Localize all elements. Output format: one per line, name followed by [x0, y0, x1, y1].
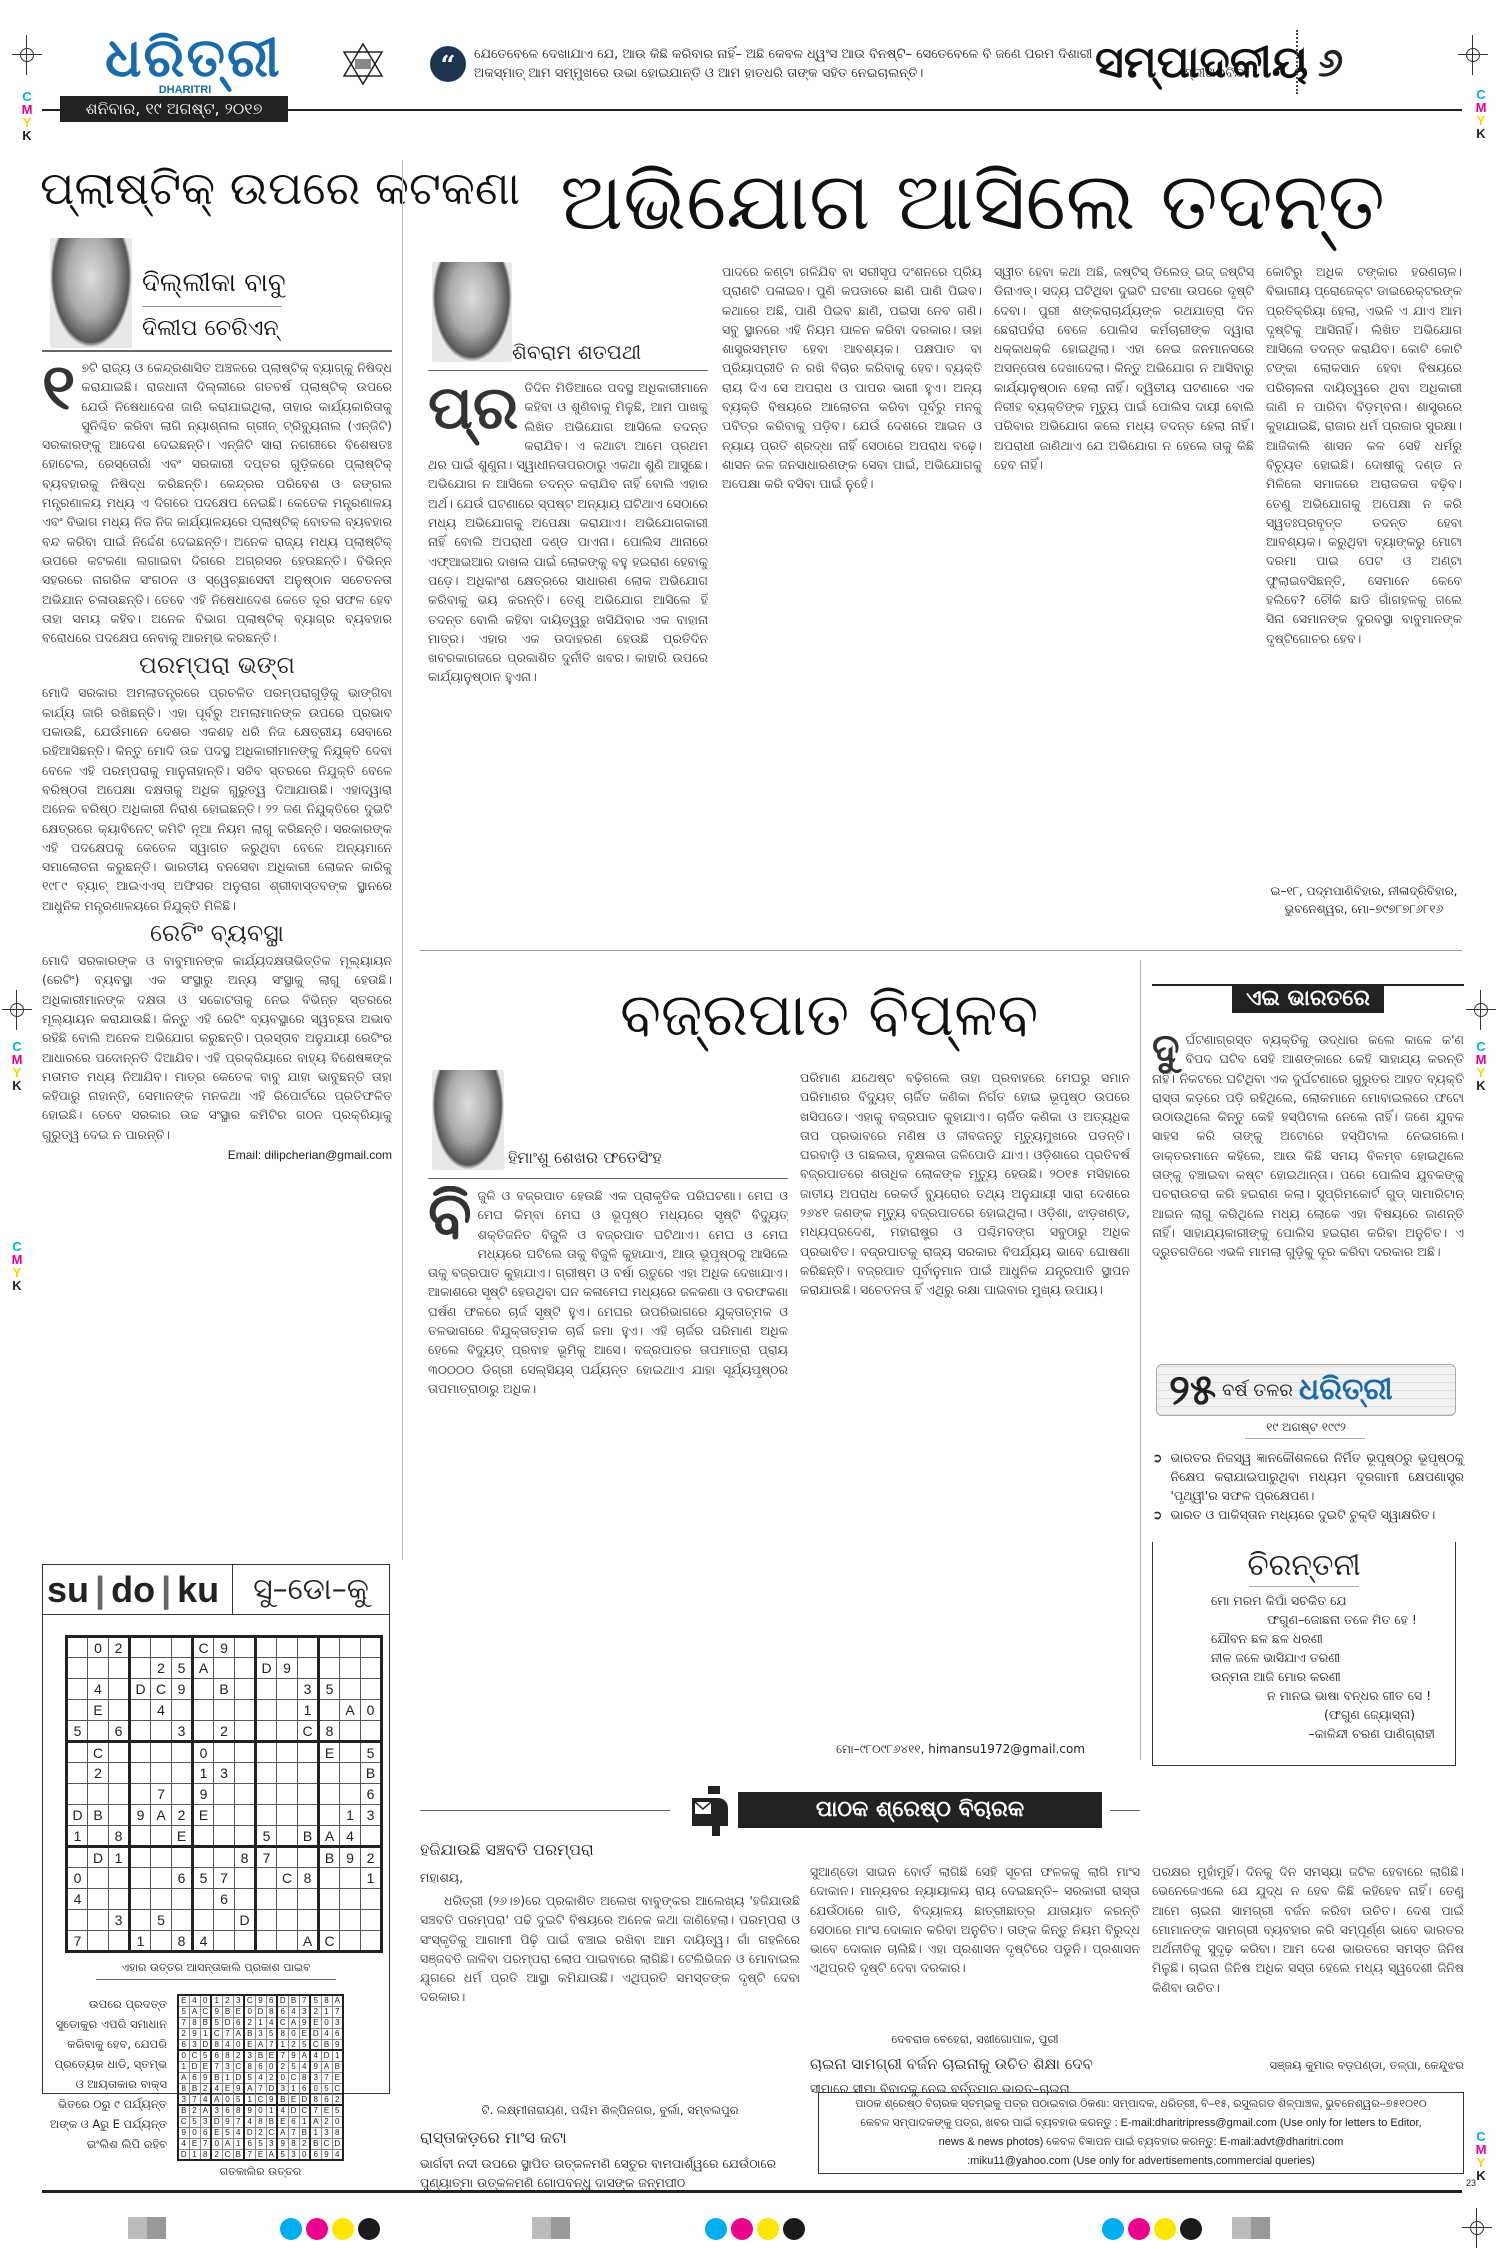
sudoku-cell[interactable] — [277, 1931, 298, 1952]
sudoku-cell[interactable] — [361, 1658, 382, 1679]
sudoku-cell[interactable] — [298, 1784, 319, 1805]
sudoku-cell[interactable] — [109, 1784, 130, 1805]
sudoku-cell[interactable] — [256, 1721, 277, 1742]
sudoku-cell[interactable]: 5 — [319, 1679, 340, 1700]
sudoku-puzzle-grid[interactable]: 02C925AD94DC9B35E41A05632C8C0E5213B796DB… — [65, 1635, 383, 1953]
sudoku-cell[interactable] — [361, 1826, 382, 1847]
article3-column-1-text: ଜୁଳି ଓ ବଜ୍ରପାତ ହେଉଛି ଏକ ପ୍ରାକୃତିକ ପରିଘଟଣ… — [428, 1188, 788, 1396]
sudoku-cell[interactable] — [277, 1679, 298, 1700]
sudoku-cell[interactable]: 5 — [172, 1658, 193, 1679]
sudoku-cell[interactable] — [109, 1889, 130, 1910]
sudoku-cell[interactable] — [67, 1847, 88, 1868]
sudoku-cell[interactable]: B — [361, 1763, 382, 1784]
sudoku-cell[interactable]: 8 — [298, 1868, 319, 1889]
sudoku-cell[interactable]: A — [193, 1658, 214, 1679]
sudoku-cell[interactable] — [340, 1784, 361, 1805]
sudoku-cell[interactable]: 8 — [109, 1826, 130, 1847]
sudoku-cell: A — [288, 2017, 299, 2028]
sudoku-cell: 2 — [332, 2094, 343, 2105]
sudoku-cell[interactable]: 8 — [172, 1931, 193, 1952]
sudoku-cell[interactable]: 0 — [67, 1868, 88, 1889]
sudoku-cell[interactable] — [88, 1826, 109, 1847]
sudoku-cell[interactable]: 1 — [109, 1847, 130, 1868]
sudoku-cell[interactable] — [193, 1700, 214, 1721]
sudoku-cell[interactable] — [235, 1826, 256, 1847]
article2-column-4-text: କୋଟିରୁ ଅଧିକ ଟଙ୍କାର ହରଣଚାଳ। ବିଭାଗୀୟ ପ୍ରୋଜ… — [1266, 262, 1462, 882]
sudoku-cell[interactable] — [214, 1826, 235, 1847]
sudoku-cell[interactable]: 4 — [193, 1931, 214, 1952]
sudoku-cell[interactable]: D — [67, 1805, 88, 1826]
sudoku-cell[interactable] — [130, 1721, 151, 1742]
sudoku-cell[interactable] — [298, 1910, 319, 1931]
sudoku-cell: B — [266, 2116, 277, 2127]
sudoku-cell[interactable] — [172, 1700, 193, 1721]
sudoku-cell[interactable]: 3 — [298, 1679, 319, 1700]
sudoku-cell: 6 — [211, 2050, 222, 2061]
sudoku-cell[interactable] — [193, 1679, 214, 1700]
sudoku-cell: B — [288, 1995, 299, 2006]
sudoku-cell[interactable] — [109, 1658, 130, 1679]
sudoku-cell: 5 — [277, 2149, 288, 2160]
sudoku-cell: A — [321, 2061, 332, 2072]
sudoku-cell[interactable]: D — [256, 1658, 277, 1679]
sudoku-cell[interactable] — [298, 1889, 319, 1910]
sudoku-cell: 6 — [189, 2072, 200, 2083]
sudoku-cell[interactable] — [298, 1805, 319, 1826]
sudoku-cell[interactable]: E — [319, 1742, 340, 1763]
sudoku-cell: E — [299, 2028, 310, 2039]
sudoku-cell[interactable] — [151, 1742, 172, 1763]
sudoku-cell[interactable] — [319, 1889, 340, 1910]
sudoku-cell[interactable] — [193, 1889, 214, 1910]
sudoku-cell: D — [222, 2017, 233, 2028]
sudoku-cell[interactable] — [88, 1931, 109, 1952]
sudoku-cell[interactable] — [277, 1742, 298, 1763]
footer-yahoo-email[interactable]: :miku11@yahoo.com (Use only for advertis… — [819, 2152, 1463, 2171]
sudoku-cell[interactable] — [361, 1889, 382, 1910]
sudoku-cell[interactable] — [130, 1889, 151, 1910]
sudoku-cell[interactable]: C — [298, 1721, 319, 1742]
footer-editor-email[interactable]: କେବଳ ସମ୍ପାଦକଙ୍କୁ ପତ୍ର, ଖବର ପାଇଁ ବ୍ୟବହାର … — [819, 2114, 1463, 2133]
sudoku-cell[interactable] — [256, 1700, 277, 1721]
sudoku-cell[interactable] — [130, 1742, 151, 1763]
sudoku-cell[interactable]: 2 — [151, 1658, 172, 1679]
sudoku-cell[interactable]: 1 — [340, 1805, 361, 1826]
sudoku-cell[interactable] — [319, 1910, 340, 1931]
sudoku-cell[interactable] — [151, 1847, 172, 1868]
sudoku-cell[interactable] — [130, 1910, 151, 1931]
sudoku-cell[interactable]: 7 — [67, 1931, 88, 1952]
sudoku-cell[interactable] — [214, 1847, 235, 1868]
sudoku-cell[interactable] — [193, 1826, 214, 1847]
sudoku-cell: 7 — [299, 1995, 310, 2006]
sudoku-cell[interactable]: 9 — [172, 1679, 193, 1700]
article2-address-line-2: ଭୁବନେଶ୍ୱର, ମୋ–୭୯୭୮୭୮୬୮୧୬ — [1266, 900, 1462, 918]
sudoku-cell[interactable]: B — [319, 1847, 340, 1868]
sudoku-cell[interactable] — [256, 1637, 277, 1658]
sudoku-cell[interactable]: D — [130, 1679, 151, 1700]
sudoku-cell[interactable] — [67, 1742, 88, 1763]
sudoku-cell: 4 — [266, 2017, 277, 2028]
sudoku-cell[interactable]: 4 — [340, 1826, 361, 1847]
sudoku-cell: 6 — [233, 2017, 244, 2028]
sudoku-cell: D — [299, 2094, 310, 2105]
sudoku-cell[interactable]: 9 — [130, 1805, 151, 1826]
sudoku-cell: 2 — [244, 2017, 255, 2028]
article2-column-4: କୋଟିରୁ ଅଧିକ ଟଙ୍କାର ହରଣଚାଳ। ବିଭାଗୀୟ ପ୍ରୋଜ… — [1266, 262, 1462, 938]
sudoku-cell[interactable]: 5 — [256, 1826, 277, 1847]
sudoku-cell: 5 — [255, 2138, 266, 2149]
sudoku-cell: D — [211, 2116, 222, 2127]
sudoku-cell[interactable]: C — [151, 1679, 172, 1700]
sudoku-cell[interactable] — [319, 1784, 340, 1805]
sudoku-cell[interactable]: 6 — [172, 1868, 193, 1889]
sudoku-cell[interactable]: 9 — [193, 1784, 214, 1805]
sudoku-cell[interactable] — [340, 1637, 361, 1658]
sudoku-cell[interactable]: 5 — [361, 1742, 382, 1763]
sudoku-cell[interactable] — [172, 1742, 193, 1763]
sudoku-cell[interactable]: 3 — [214, 1763, 235, 1784]
sudoku-cell[interactable]: 1 — [130, 1931, 151, 1952]
sudoku-cell[interactable]: A — [151, 1805, 172, 1826]
sudoku-cell[interactable] — [361, 1931, 382, 1952]
sudoku-cell[interactable] — [130, 1868, 151, 1889]
sudoku-cell[interactable]: A — [340, 1700, 361, 1721]
sudoku-cell: 4 — [321, 2028, 332, 2039]
sudoku-cell[interactable] — [151, 1931, 172, 1952]
sudoku-cell[interactable]: A — [319, 1826, 340, 1847]
sudoku-cell: 5 — [266, 2028, 277, 2039]
sudoku-cell[interactable]: 7 — [151, 1784, 172, 1805]
sudoku-cell[interactable] — [277, 1763, 298, 1784]
sudoku-cell[interactable] — [277, 1700, 298, 1721]
sudoku-cell[interactable] — [256, 1931, 277, 1952]
sudoku-cell[interactable] — [256, 1763, 277, 1784]
sudoku-cell[interactable]: 6 — [214, 1889, 235, 1910]
sudoku-cell[interactable] — [235, 1784, 256, 1805]
sudoku-cell: E — [332, 2072, 343, 2083]
sudoku-cell[interactable] — [130, 1763, 151, 1784]
yellow-dot — [1154, 2218, 1176, 2240]
sudoku-cell[interactable] — [319, 1805, 340, 1826]
sudoku-cell[interactable]: C — [193, 1637, 214, 1658]
sudoku-cell[interactable] — [109, 1868, 130, 1889]
sudoku-cell[interactable]: 2 — [109, 1637, 130, 1658]
sudoku-cell: E — [211, 2127, 222, 2138]
article3-column-1: ବିଜୁଳି ଓ ବଜ୍ରପାତ ହେଉଛି ଏକ ପ୍ରାକୃତିକ ପରିଘ… — [428, 1186, 788, 1738]
sudoku-cell[interactable] — [277, 1910, 298, 1931]
sudoku-cell[interactable] — [277, 1889, 298, 1910]
sudoku-cell[interactable] — [130, 1826, 151, 1847]
sudoku-cell[interactable]: 0 — [193, 1742, 214, 1763]
sudoku-cell[interactable]: 7 — [214, 1868, 235, 1889]
sudoku-cell[interactable] — [235, 1658, 256, 1679]
sudoku-cell[interactable] — [67, 1910, 88, 1931]
sudoku-cell[interactable] — [130, 1637, 151, 1658]
sudoku-cell[interactable] — [151, 1637, 172, 1658]
sudoku-cell[interactable]: 1 — [298, 1700, 319, 1721]
sudoku-cell[interactable] — [319, 1658, 340, 1679]
sudoku-cell[interactable] — [214, 1784, 235, 1805]
article2-dropcap: ପ୍ର — [428, 378, 518, 438]
sudoku-cell[interactable]: 0 — [88, 1637, 109, 1658]
sudoku-cell[interactable] — [235, 1805, 256, 1826]
sudoku-cell[interactable] — [340, 1763, 361, 1784]
footer-advt-email[interactable]: news & news photos) କେବଳ ବିଜ୍ଞାପନ ପାଇଁ ବ… — [819, 2133, 1463, 2152]
sudoku-cell[interactable] — [319, 1763, 340, 1784]
sudoku-header: su|do|ku ସୁ–ଡୋ–କୁ — [43, 1565, 389, 1615]
sudoku-cell[interactable]: 8 — [319, 1721, 340, 1742]
sudoku-cell: 4 — [211, 2083, 222, 2094]
sudoku-cell[interactable]: B — [214, 1679, 235, 1700]
sudoku-cell[interactable] — [319, 1700, 340, 1721]
sudoku-cell[interactable] — [277, 1637, 298, 1658]
sudoku-cell[interactable] — [214, 1931, 235, 1952]
sudoku-cell[interactable] — [67, 1658, 88, 1679]
sudoku-cell[interactable]: B — [88, 1805, 109, 1826]
sudoku-cell: B — [189, 2083, 200, 2094]
sudoku-cell[interactable] — [319, 1868, 340, 1889]
sudoku-cell[interactable]: 2 — [172, 1805, 193, 1826]
sudoku-cell[interactable] — [88, 1784, 109, 1805]
magenta-dot — [731, 2218, 753, 2240]
sudoku-cell: E — [266, 2050, 277, 2061]
sudoku-cell[interactable] — [130, 1847, 151, 1868]
sudoku-cell: 7 — [178, 2017, 189, 2028]
sudoku-cell: 1 — [211, 1995, 222, 2006]
sudoku-cell[interactable] — [172, 1889, 193, 1910]
sudoku-cell[interactable] — [88, 1910, 109, 1931]
sudoku-cell[interactable] — [361, 1721, 382, 1742]
sudoku-cell[interactable] — [109, 1700, 130, 1721]
sudoku-cell: 8 — [255, 2116, 266, 2127]
sudoku-cell[interactable] — [256, 1868, 277, 1889]
sudoku-cell: C — [178, 2116, 189, 2127]
sudoku-cell[interactable] — [109, 1763, 130, 1784]
sudoku-cell[interactable]: D — [88, 1847, 109, 1868]
sudoku-cell[interactable] — [298, 1742, 319, 1763]
sudoku-cell[interactable]: 2 — [88, 1763, 109, 1784]
sudoku-cell: A — [255, 2039, 266, 2050]
sudoku-cell[interactable]: 2 — [361, 1847, 382, 1868]
sudoku-cell[interactable] — [298, 1637, 319, 1658]
sudoku-cell[interactable] — [235, 1637, 256, 1658]
sudoku-cell[interactable] — [256, 1784, 277, 1805]
registration-mark-top-right — [1458, 35, 1488, 75]
sudoku-cell[interactable] — [277, 1805, 298, 1826]
sudoku-cell: 9 — [310, 2061, 321, 2072]
sudoku-cell[interactable] — [256, 1889, 277, 1910]
quote-block: ଯେତେବେଳେ ଦେଖାଯାଏ ଯେ, ଆଉ କିଛି କରିବାର ନାହି… — [474, 45, 1174, 83]
sudoku-cell[interactable]: 3 — [172, 1721, 193, 1742]
sudoku-cell[interactable] — [235, 1700, 256, 1721]
sudoku-cell[interactable]: 0 — [361, 1700, 382, 1721]
sudoku-cell[interactable]: 5 — [193, 1868, 214, 1889]
sudoku-cell[interactable] — [277, 1721, 298, 1742]
sudoku-cell[interactable] — [67, 1700, 88, 1721]
sudoku-cell: 9 — [244, 2105, 255, 2116]
sudoku-cell[interactable]: 4 — [67, 1889, 88, 1910]
sudoku-cell: 8 — [178, 2083, 189, 2094]
sudoku-cell: 6 — [200, 2127, 211, 2138]
sudoku-cell[interactable]: B — [298, 1826, 319, 1847]
sudoku-cell[interactable] — [235, 1721, 256, 1742]
sudoku-cell[interactable] — [88, 1889, 109, 1910]
sudoku-cell[interactable]: 3 — [109, 1910, 130, 1931]
sudoku-cell[interactable] — [88, 1658, 109, 1679]
sudoku-cell[interactable]: A — [298, 1931, 319, 1952]
sudoku-cell[interactable] — [256, 1679, 277, 1700]
sudoku-cell[interactable] — [298, 1847, 319, 1868]
black-dot — [1180, 2218, 1202, 2240]
sudoku-cell[interactable] — [172, 1763, 193, 1784]
sudoku-cell[interactable] — [277, 1826, 298, 1847]
sudoku-cell: 8 — [233, 2105, 244, 2116]
sudoku-cell: 0 — [321, 2017, 332, 2028]
sudoku-cell[interactable] — [319, 1637, 340, 1658]
sudoku-cell[interactable] — [340, 1721, 361, 1742]
article3-column-2: ପରିମାଣ ଯଥେଷ୍ଟ ବଢ଼ିଗଲେ ତାହା ପ୍ରବାହରେ ମେଘର… — [800, 1068, 1130, 1736]
sudoku-cell[interactable] — [214, 1910, 235, 1931]
sudoku-cell[interactable] — [340, 1868, 361, 1889]
sudoku-cell[interactable] — [151, 1868, 172, 1889]
sudoku-cell[interactable] — [151, 1721, 172, 1742]
sudoku-cell[interactable] — [172, 1847, 193, 1868]
sudoku-cell[interactable] — [235, 1763, 256, 1784]
sudoku-cell[interactable] — [235, 1742, 256, 1763]
sudoku-cell[interactable] — [151, 1826, 172, 1847]
sudoku-cell: 2 — [277, 2061, 288, 2072]
sudoku-cell[interactable] — [67, 1679, 88, 1700]
sudoku-cell[interactable] — [130, 1784, 151, 1805]
sudoku-cell[interactable] — [193, 1910, 214, 1931]
sudoku-cell[interactable] — [172, 1637, 193, 1658]
sudoku-cell: 8 — [299, 2072, 310, 2083]
sudoku-cell[interactable] — [109, 1679, 130, 1700]
sudoku-cell: 4 — [189, 1995, 200, 2006]
sudoku-cell[interactable] — [340, 1658, 361, 1679]
sudoku-cell: A — [299, 2050, 310, 2061]
sudoku-cell[interactable] — [235, 1868, 256, 1889]
sudoku-cell[interactable]: C — [88, 1742, 109, 1763]
sudoku-cell[interactable] — [361, 1910, 382, 1931]
sudoku-cell[interactable]: 3 — [361, 1805, 382, 1826]
sudoku-cell[interactable]: 4 — [88, 1679, 109, 1700]
sudoku-cell: C — [310, 2039, 321, 2050]
sudoku-cell: 0 — [233, 2039, 244, 2050]
sudoku-cell[interactable] — [277, 1847, 298, 1868]
sudoku-cell[interactable]: 4 — [151, 1700, 172, 1721]
sudoku-cell[interactable] — [256, 1910, 277, 1931]
sudoku-cell[interactable]: E — [172, 1826, 193, 1847]
sudoku-solution-caption: ଗତକାଲିର ଉତ୍ତର — [177, 2165, 344, 2179]
sudoku-cell[interactable]: 9 — [340, 1847, 361, 1868]
sudoku-cell[interactable] — [298, 1763, 319, 1784]
sudoku-cell[interactable]: 9 — [277, 1658, 298, 1679]
sudoku-cell[interactable] — [88, 1721, 109, 1742]
sudoku-cell[interactable] — [214, 1742, 235, 1763]
sudoku-cell[interactable] — [130, 1700, 151, 1721]
sudoku-cell[interactable]: E — [193, 1805, 214, 1826]
sudoku-cell[interactable] — [235, 1679, 256, 1700]
sudoku-cell[interactable] — [67, 1784, 88, 1805]
sudoku-cell[interactable] — [340, 1679, 361, 1700]
sudoku-cell[interactable] — [340, 1910, 361, 1931]
sudoku-cell[interactable]: 1 — [361, 1868, 382, 1889]
sudoku-cell: A — [178, 2072, 189, 2083]
sudoku-cell[interactable] — [277, 1784, 298, 1805]
sudoku-cell[interactable]: 9 — [214, 1637, 235, 1658]
sudoku-cell[interactable] — [214, 1658, 235, 1679]
sudoku-cell: 7 — [233, 2116, 244, 2127]
sudoku-cell: 3 — [321, 2127, 332, 2138]
sudoku-cell[interactable]: 6 — [361, 1784, 382, 1805]
chirantani-poem: ମୋ ମରମ କିପାଁ ସଚକିତ ଯେ ଫଗୁଣ–ଜୋଛନା ତଳେ ମିତ… — [1153, 1587, 1455, 1743]
sudoku-cell[interactable] — [67, 1763, 88, 1784]
sudoku-cell: D — [244, 2127, 255, 2138]
sudoku-cell[interactable] — [235, 1931, 256, 1952]
sudoku-cell[interactable]: 7 — [256, 1847, 277, 1868]
sudoku-cell[interactable] — [193, 1847, 214, 1868]
sudoku-cell[interactable]: 5 — [67, 1721, 88, 1742]
sudoku-cell[interactable] — [109, 1742, 130, 1763]
sudoku-cell[interactable]: D — [235, 1910, 256, 1931]
sudoku-cell[interactable] — [214, 1700, 235, 1721]
sudoku-cell: 9 — [222, 2116, 233, 2127]
letter-1-title: ହଜିଯାଉଛି ସଞ୍ଚବତି ପରମ୍ପରା — [420, 1840, 800, 1860]
sudoku-cell[interactable] — [361, 1679, 382, 1700]
sudoku-cell: C — [211, 2028, 222, 2039]
sudoku-cell[interactable]: C — [319, 1931, 340, 1952]
sudoku-cell[interactable] — [109, 1805, 130, 1826]
registration-mark-mid-left — [2, 990, 32, 1030]
sudoku-cell[interactable] — [256, 1742, 277, 1763]
sudoku-cell: 4 — [233, 2127, 244, 2138]
sudoku-cell: 7 — [266, 2039, 277, 2050]
sudoku-cell[interactable] — [298, 1658, 319, 1679]
sudoku-cell[interactable] — [151, 1889, 172, 1910]
sudoku-cell[interactable]: 1 — [67, 1826, 88, 1847]
sudoku-cell: C — [277, 2017, 288, 2028]
sudoku-cell[interactable]: 2 — [214, 1721, 235, 1742]
sudoku-cell[interactable]: C — [277, 1868, 298, 1889]
sudoku-cell: 3 — [244, 2050, 255, 2061]
sudoku-cell[interactable]: 5 — [151, 1910, 172, 1931]
sudoku-cell: A — [200, 2105, 211, 2116]
sudoku-cell[interactable] — [67, 1637, 88, 1658]
sudoku-cell[interactable] — [214, 1805, 235, 1826]
sudoku-cell[interactable]: E — [88, 1700, 109, 1721]
sudoku-cell[interactable]: 8 — [235, 1847, 256, 1868]
sudoku-cell[interactable] — [172, 1784, 193, 1805]
sudoku-cell[interactable] — [130, 1658, 151, 1679]
sudoku-cell[interactable] — [151, 1763, 172, 1784]
sudoku-cell[interactable] — [109, 1931, 130, 1952]
sudoku-cell[interactable] — [340, 1931, 361, 1952]
sudoku-cell: 3 — [255, 2028, 266, 2039]
sudoku-cell[interactable] — [256, 1805, 277, 1826]
sudoku-cell[interactable]: 6 — [109, 1721, 130, 1742]
sudoku-cell[interactable] — [88, 1868, 109, 1889]
sudoku-cell[interactable] — [235, 1889, 256, 1910]
sudoku-cell: 1 — [288, 2083, 299, 2094]
sudoku-cell[interactable]: 1 — [193, 1763, 214, 1784]
sudoku-cell[interactable] — [193, 1721, 214, 1742]
sudoku-cell[interactable] — [340, 1742, 361, 1763]
sudoku-cell[interactable] — [172, 1910, 193, 1931]
sudoku-cell[interactable] — [361, 1637, 382, 1658]
sudoku-cell[interactable] — [340, 1889, 361, 1910]
